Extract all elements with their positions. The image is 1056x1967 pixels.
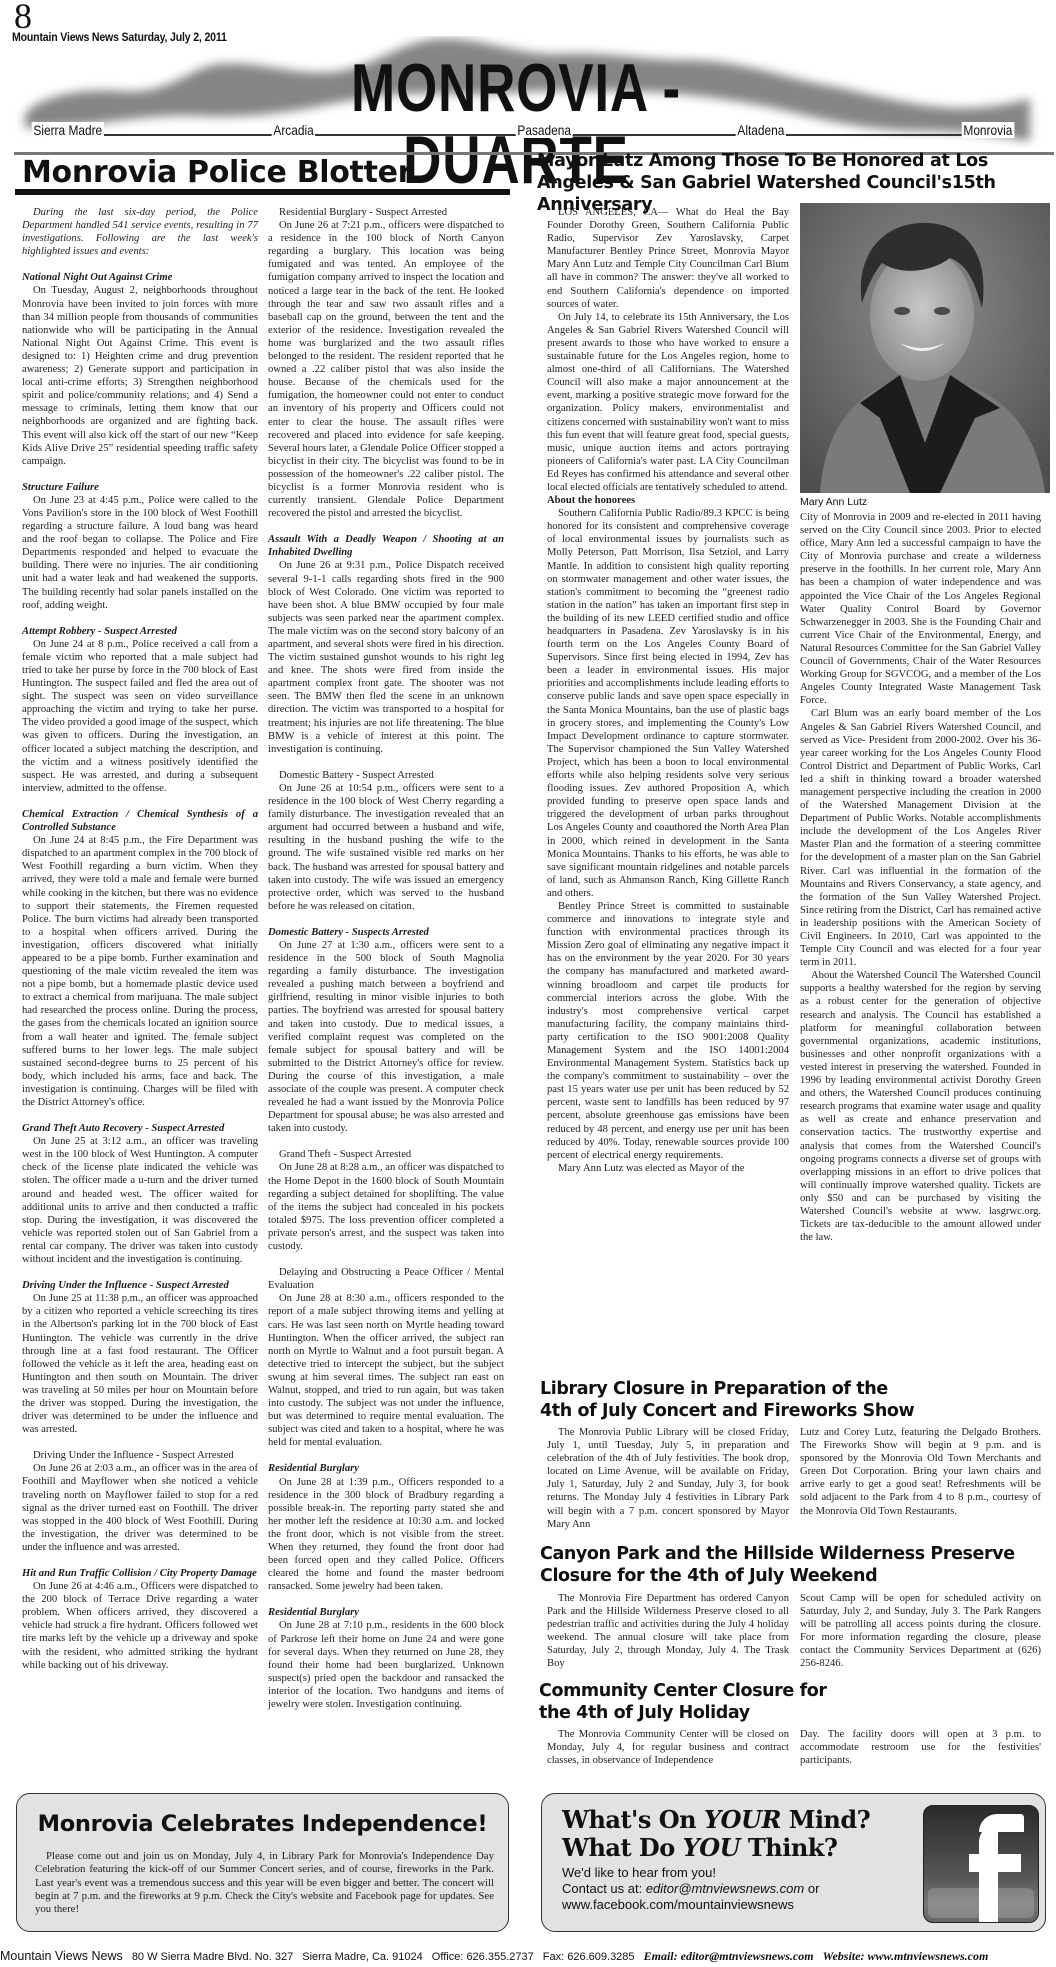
blotter-item-heading: National Night Out Against Crime bbox=[22, 271, 258, 284]
article-paragraph: Southern California Public Radio/89.3 KP… bbox=[547, 507, 789, 900]
blotter-title: Monrovia Police Blotter bbox=[22, 156, 412, 190]
independence-ad: Monrovia Celebrates Independence! Please… bbox=[16, 1793, 509, 1932]
mayor-photo bbox=[800, 203, 1050, 493]
blotter-item-heading: Structure Failure bbox=[22, 481, 258, 494]
headline-line: 4th of July Concert and Fireworks Show bbox=[540, 1400, 1040, 1422]
blotter-item: Chemical Extraction / Chemical Synthesis… bbox=[22, 808, 258, 1109]
blotter-item-body: On Tuesday, August 2, neighborhoods thro… bbox=[22, 284, 258, 467]
blotter-item: Domestic Battery - Suspect Arrested On J… bbox=[268, 769, 504, 913]
blotter-item-body: On June 25 at 3:12 a.m., an officer was … bbox=[22, 1135, 258, 1266]
feedback-ad-question-2: What Do YOU Think? bbox=[562, 1834, 837, 1861]
editor-email-link[interactable]: editor@mtnviewsnews.com bbox=[646, 1881, 804, 1896]
blotter-item-body: On June 26 at 10:54 p.m., officers were … bbox=[268, 782, 504, 913]
blotter-item-heading: Attempt Robbery - Suspect Arrested bbox=[22, 625, 258, 638]
community-article-headline: Community Center Closure for the 4th of … bbox=[539, 1680, 939, 1724]
blotter-item: Domestic Battery - Suspects Arrested On … bbox=[268, 926, 504, 1136]
article-paragraph: Scout Camp will be open for scheduled ac… bbox=[800, 1592, 1041, 1671]
footer-email[interactable]: Email: editor@mtnviewsnews.com bbox=[644, 1949, 814, 1963]
blotter-title-rule bbox=[15, 189, 510, 195]
footer-address: 80 W Sierra Madre Blvd. No. 327 bbox=[132, 1951, 293, 1963]
headline-line: Community Center Closure for bbox=[539, 1680, 939, 1702]
city-altadena: Altadena bbox=[736, 122, 786, 138]
blotter-item-body: On June 28 at 7:10 p.m., residents in th… bbox=[268, 1619, 504, 1711]
blotter-item-body: On June 28 at 8:30 a.m., officers respon… bbox=[268, 1292, 504, 1449]
headline-line: Closure for the 4th of July Weekend bbox=[540, 1565, 1050, 1587]
blotter-item: Residential Burglary - Suspect Arrested … bbox=[268, 206, 504, 520]
feedback-ad-question-1: What's On YOUR Mind? bbox=[562, 1806, 870, 1833]
blotter-item: Structure Failure On June 23 at 4:45 p.m… bbox=[22, 481, 258, 612]
headline-line: Canyon Park and the Hillside Wilderness … bbox=[540, 1543, 1050, 1565]
blotter-item-body: On June 25 at 11:38 p.m., an officer was… bbox=[22, 1292, 258, 1436]
library-article-column-2: Lutz and Corey Lutz, featuring the Delga… bbox=[800, 1426, 1041, 1518]
feedback-ad-contact: Contact us at: editor@mtnviewsnews.com o… bbox=[562, 1881, 819, 1896]
blotter-item: Grand Theft - Suspect Arrested On June 2… bbox=[268, 1148, 504, 1253]
article-paragraph: The Monrovia Public Library will be clos… bbox=[547, 1426, 789, 1531]
blotter-item-body: On June 28 at 8:28 a.m., an officer was … bbox=[268, 1161, 504, 1253]
mayor-article-column-2: City of Monrovia in 2009 and re-elected … bbox=[800, 511, 1041, 1244]
article-paragraph: The Monrovia Community Center will be cl… bbox=[547, 1728, 789, 1767]
article-paragraph: Carl Blum was an early board member of t… bbox=[800, 707, 1041, 969]
article-paragraph: Bentley Prince Street is committed to su… bbox=[547, 900, 789, 1162]
footer-publication: Mountain Views News bbox=[0, 1949, 123, 1963]
blotter-column-left: During the last six-day period, the Poli… bbox=[22, 206, 258, 1672]
independence-ad-body: Please come out and join us on Monday, J… bbox=[35, 1850, 494, 1916]
facebook-icon[interactable] bbox=[923, 1805, 1039, 1923]
article-paragraph: Lutz and Corey Lutz, featuring the Delga… bbox=[800, 1426, 1041, 1518]
mayor-article-column-1: LOS ANGELES, CA— What do Heal the Bay Fo… bbox=[547, 206, 789, 1175]
footer-website[interactable]: Website: www.mtnviewsnews.com bbox=[823, 1949, 989, 1963]
blotter-intro: During the last six-day period, the Poli… bbox=[22, 206, 258, 258]
footer-city: Sierra Madre, Ca. 91024 bbox=[302, 1951, 422, 1963]
blotter-item-body: On June 26 at 2:03 a.m., an officer was … bbox=[22, 1462, 258, 1554]
footer-fax: Fax: 626.609.3285 bbox=[543, 1951, 635, 1963]
blotter-item: Attempt Robbery - Suspect Arrested On Ju… bbox=[22, 625, 258, 795]
canyon-article-column-2: Scout Camp will be open for scheduled ac… bbox=[800, 1592, 1041, 1671]
city-arcadia: Arcadia bbox=[272, 122, 316, 138]
community-article-column-2: Day. The facility doors will open at 3 p… bbox=[800, 1728, 1041, 1767]
blotter-item-body: On June 23 at 4:45 p.m., Police were cal… bbox=[22, 494, 258, 612]
masthead: MONROVIA - DUARTE Sierra Madre Arcadia P… bbox=[0, 36, 1056, 148]
blotter-item-heading: Residential Burglary bbox=[268, 1462, 504, 1475]
canyon-article-headline: Canyon Park and the Hillside Wilderness … bbox=[540, 1543, 1050, 1587]
feedback-ad-invite: We'd like to hear from you! bbox=[562, 1865, 716, 1880]
article-paragraph: On July 14, to celebrate its 15th Annive… bbox=[547, 311, 789, 494]
blotter-item-heading: Driving Under the Influence - Suspect Ar… bbox=[22, 1279, 258, 1292]
blotter-item: Hit and Run Traffic Collision / City Pro… bbox=[22, 1567, 258, 1672]
article-subhead: About the honorees bbox=[547, 494, 789, 507]
blotter-item: Delaying and Obstructing a Peace Officer… bbox=[268, 1266, 504, 1449]
headline-line: Library Closure in Preparation of the bbox=[540, 1378, 1040, 1400]
feedback-ad: What's On YOUR Mind? What Do YOU Think? … bbox=[541, 1793, 1046, 1932]
portrait-image bbox=[800, 203, 1050, 493]
footer-office-phone: Office: 626.355.2737 bbox=[432, 1951, 534, 1963]
article-paragraph: The Monrovia Fire Department has ordered… bbox=[547, 1592, 789, 1671]
facebook-url-link[interactable]: www.facebook.com/mountainviewsnews bbox=[562, 1897, 794, 1912]
article-paragraph: LOS ANGELES, CA— What do Heal the Bay Fo… bbox=[547, 206, 789, 311]
blotter-item-body: On June 26 at 7:21 p.m., officers were d… bbox=[268, 219, 504, 520]
blotter-item-heading: Chemical Extraction / Chemical Synthesis… bbox=[22, 808, 258, 834]
blotter-item-body: On June 24 at 8 p.m., Police received a … bbox=[22, 638, 258, 795]
blotter-item: Residential Burglary On June 28 at 7:10 … bbox=[268, 1606, 504, 1711]
blotter-item-heading: Assault With a Deadly Weapon / Shooting … bbox=[268, 533, 504, 559]
headline-line: the 4th of July Holiday bbox=[539, 1702, 939, 1724]
blotter-item: Driving Under the Influence - Suspect Ar… bbox=[22, 1279, 258, 1436]
blotter-item-body: On June 27 at 1:30 a.m., officers were s… bbox=[268, 939, 504, 1135]
blotter-item-body: On June 26 at 9:31 p.m., Police Dispatch… bbox=[268, 559, 504, 755]
blotter-item-heading: Grand Theft Auto Recovery - Suspect Arre… bbox=[22, 1122, 258, 1135]
blotter-item-heading: Domestic Battery - Suspect Arrested bbox=[268, 769, 504, 782]
article-paragraph: Day. The facility doors will open at 3 p… bbox=[800, 1728, 1041, 1767]
blotter-item-heading: Residential Burglary - Suspect Arrested bbox=[268, 206, 504, 219]
blotter-item: National Night Out Against Crime On Tues… bbox=[22, 271, 258, 467]
blotter-item: Assault With a Deadly Weapon / Shooting … bbox=[268, 533, 504, 756]
blotter-item-heading: Grand Theft - Suspect Arrested bbox=[268, 1148, 504, 1161]
library-article-headline: Library Closure in Preparation of the 4t… bbox=[540, 1378, 1040, 1422]
blotter-item-heading: Driving Under the Influence - Suspect Ar… bbox=[22, 1449, 258, 1462]
canyon-article-column-1: The Monrovia Fire Department has ordered… bbox=[547, 1592, 789, 1671]
library-article-column-1: The Monrovia Public Library will be clos… bbox=[547, 1426, 789, 1531]
community-article-column-1: The Monrovia Community Center will be cl… bbox=[547, 1728, 789, 1767]
page-footer: Mountain Views News 80 W Sierra Madre Bl… bbox=[0, 1949, 1056, 1964]
blotter-item: Residential Burglary On June 28 at 1:39 … bbox=[268, 1462, 504, 1593]
blotter-item-body: On June 28 at 1:39 p.m., Officers respon… bbox=[268, 1476, 504, 1594]
independence-ad-title: Monrovia Celebrates Independence! bbox=[17, 1811, 508, 1837]
blotter-item-heading: Delaying and Obstructing a Peace Officer… bbox=[268, 1266, 504, 1292]
article-paragraph: Mary Ann Lutz was elected as Mayor of th… bbox=[547, 1162, 789, 1175]
blotter-item-body: On June 26 at 4:46 a.m., Officers were d… bbox=[22, 1580, 258, 1672]
city-sierra-madre: Sierra Madre bbox=[32, 122, 104, 138]
blotter-item: Grand Theft Auto Recovery - Suspect Arre… bbox=[22, 1122, 258, 1266]
blotter-column-right: Residential Burglary - Suspect Arrested … bbox=[268, 206, 504, 1711]
city-pasadena: Pasadena bbox=[516, 122, 573, 138]
blotter-item: Driving Under the Influence - Suspect Ar… bbox=[22, 1449, 258, 1554]
blotter-item-heading: Domestic Battery - Suspects Arrested bbox=[268, 926, 504, 939]
blotter-item-heading: Hit and Run Traffic Collision / City Pro… bbox=[22, 1567, 258, 1580]
city-monrovia: Monrovia bbox=[962, 122, 1014, 138]
article-paragraph: About the Watershed Council The Watershe… bbox=[800, 969, 1041, 1244]
blotter-item-body: On June 24 at 8:45 p.m., the Fire Depart… bbox=[22, 834, 258, 1109]
photo-caption: Mary Ann Lutz bbox=[800, 496, 867, 508]
article-paragraph: City of Monrovia in 2009 and re-elected … bbox=[800, 511, 1041, 707]
blotter-item-heading: Residential Burglary bbox=[268, 1606, 504, 1619]
city-line: Sierra Madre Arcadia Pasadena Altadena M… bbox=[30, 124, 1030, 144]
